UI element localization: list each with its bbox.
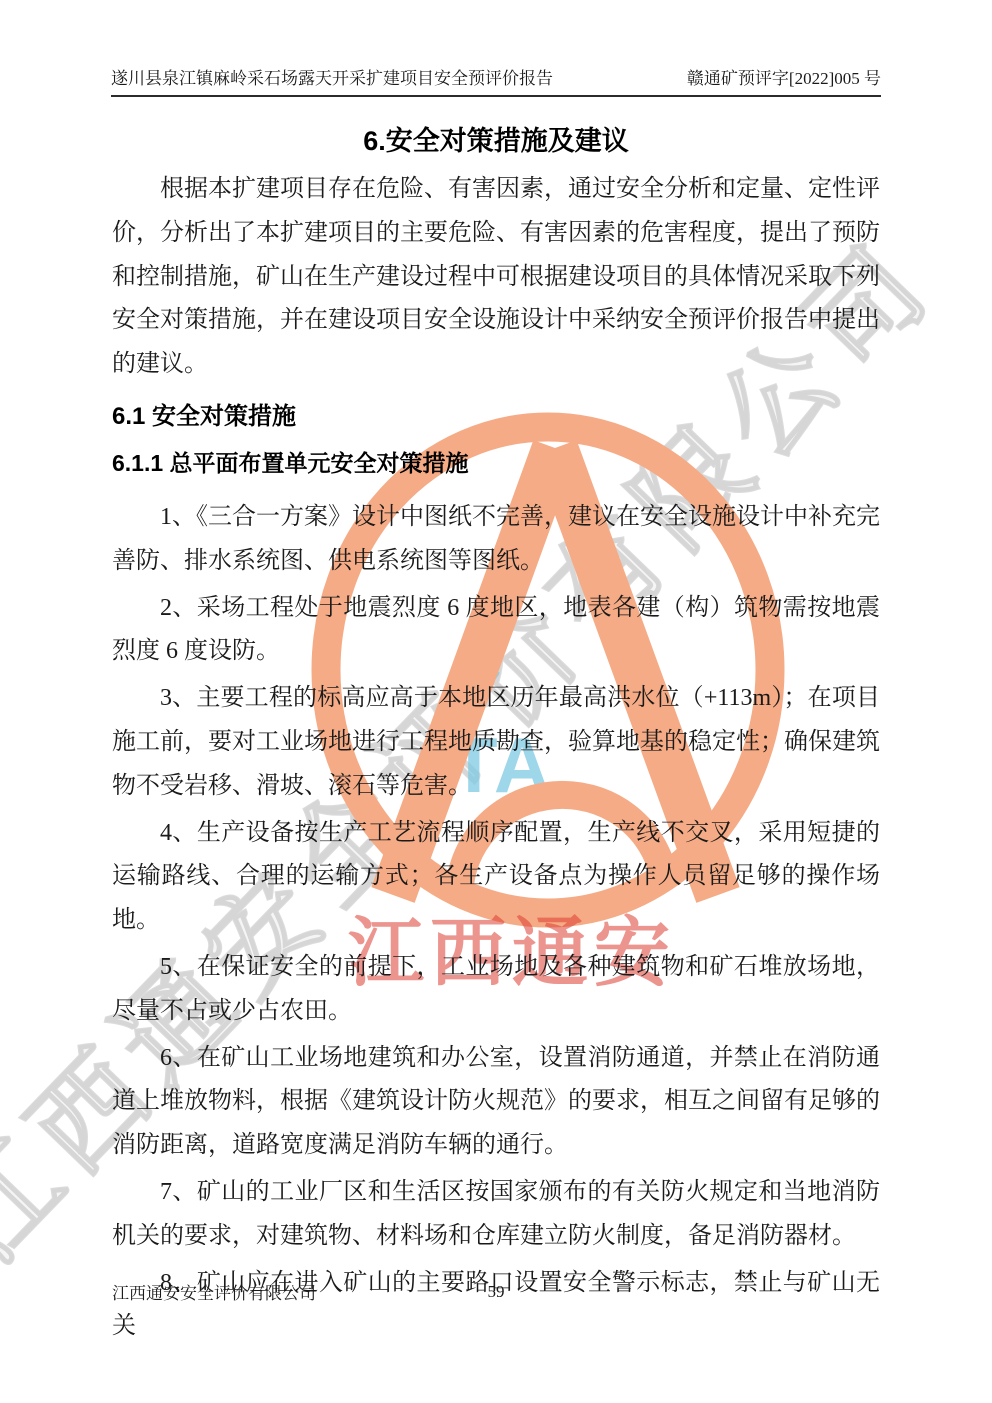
- subsection-heading-6-1-1: 6.1.1 总平面布置单元安全对策措施: [112, 440, 880, 487]
- measure-item-5: 5、在保证安全的前提下，工业场地及各种建筑物和矿石堆放场地，尽量不占或少占农田。: [112, 946, 880, 1034]
- page-header: 遂川县泉江镇麻岭采石场露天开采扩建项目安全预评价报告 赣通矿预评字[2022]0…: [111, 68, 881, 97]
- document-page: 江西通安全评价有限公司 C TA 江西通安 遂川县泉江镇麻岭采石场露天开采扩建项…: [0, 0, 992, 1403]
- measure-item-1: 1、《三合一方案》设计中图纸不完善，建议在安全设施设计中补充完善防、排水系统图、…: [112, 496, 880, 584]
- header-doc-number: 赣通矿预评字[2022]005 号: [687, 68, 881, 90]
- measure-item-4: 4、生产设备按生产工艺流程顺序配置，生产线不交叉，采用短捷的运输路线、合理的运输…: [112, 812, 880, 943]
- measure-item-6: 6、在矿山工业场地建筑和办公室，设置消防通道，并禁止在消防通道上堆放物料，根据《…: [112, 1037, 880, 1168]
- measure-item-3: 3、主要工程的标高应高于本地区历年最高洪水位（+113m）；在项目施工前，要对工…: [112, 677, 880, 808]
- header-report-title: 遂川县泉江镇麻岭采石场露天开采扩建项目安全预评价报告: [111, 68, 553, 90]
- measure-item-7: 7、矿山的工业厂区和生活区按国家颁布的有关防火规定和当地消防机关的要求，对建筑物…: [112, 1171, 880, 1259]
- measure-item-8: 8、矿山应在进入矿山的主要路口设置安全警示标志，禁止与矿山无关: [112, 1262, 880, 1350]
- intro-paragraph: 根据本扩建项目存在危险、有害因素，通过安全分析和定量、定性评价，分析出了本扩建项…: [112, 168, 880, 387]
- section-heading-6-1: 6.1 安全对策措施: [112, 393, 880, 440]
- document-body: 6.安全对策措施及建议 根据本扩建项目存在危险、有害因素，通过安全分析和定量、定…: [112, 118, 880, 1352]
- chapter-title: 6.安全对策措施及建议: [112, 124, 880, 158]
- measure-item-2: 2、采场工程处于地震烈度 6 度地区，地表各建（构）筑物需按地震烈度 6 度设防…: [112, 587, 880, 675]
- footer-page-number: 59: [112, 1281, 880, 1303]
